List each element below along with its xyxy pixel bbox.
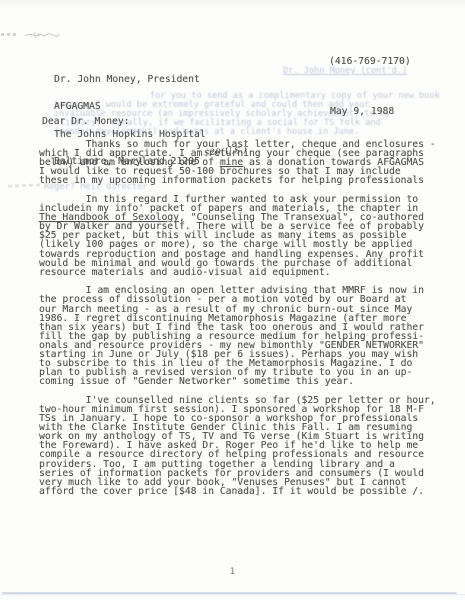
scanned-letter-page: Dr. John Money (cont'd.)for you to send …: [0, 0, 465, 600]
salutation: Dear Dr. Money:: [42, 117, 130, 126]
recipient-org: AFGAGMAS: [54, 102, 206, 111]
letter-paragraph: I am enclosing an open letter advising t…: [39, 286, 449, 386]
bleed-through-line: Dr. John Money (cont'd.): [283, 67, 407, 76]
pencil-mark: [1, 33, 17, 36]
letter-line: afford the cover price [$48 in Canada]. …: [39, 487, 449, 496]
letter-date: May 9, 1988: [330, 107, 394, 116]
phone-number: (416-769-7170): [329, 57, 411, 66]
letter-line: coming issue of "Gender Networker" somet…: [39, 377, 449, 386]
recipient-institution: The Johns Hopkins Hospital: [54, 130, 206, 139]
letter-line: these in my upcoming information packets…: [39, 176, 449, 185]
scan-edge-shadow: [0, 594, 465, 596]
letter-paragraph: In this regard I further wanted to ask y…: [39, 195, 449, 277]
margin-smudge: [8, 183, 42, 187]
letter-paragraph: Thanks so much for your last letter, che…: [39, 140, 449, 185]
letter-line: resource materials and audio-visual aid …: [39, 268, 449, 277]
pencil-scribble-mark: [24, 29, 60, 41]
letter-body: Thanks so much for your last letter, che…: [39, 140, 449, 505]
recipient-name: Dr. John Money, President: [54, 75, 206, 84]
letter-paragraph: I've counselled nine clients so far ($25…: [39, 396, 449, 496]
page-number: 1: [0, 567, 465, 577]
